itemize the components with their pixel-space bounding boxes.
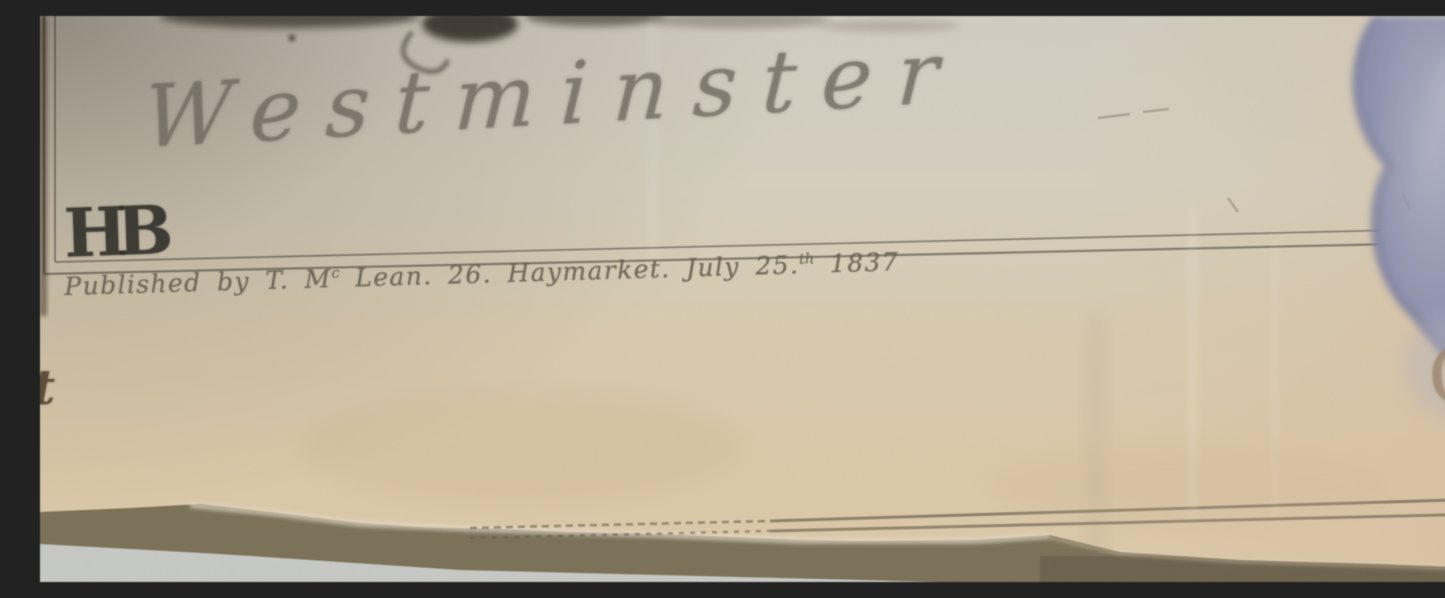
- imprint-superscript-th: th: [799, 251, 815, 267]
- imprint-text-post: 1837: [814, 247, 900, 279]
- margin-mark-left: t: [40, 360, 55, 416]
- photograph-of-print: HB Westminster Published by T. Mc Lean. …: [40, 16, 1445, 582]
- artist-monogram: HB: [63, 190, 164, 272]
- margin-letter-g: G: [1427, 329, 1445, 423]
